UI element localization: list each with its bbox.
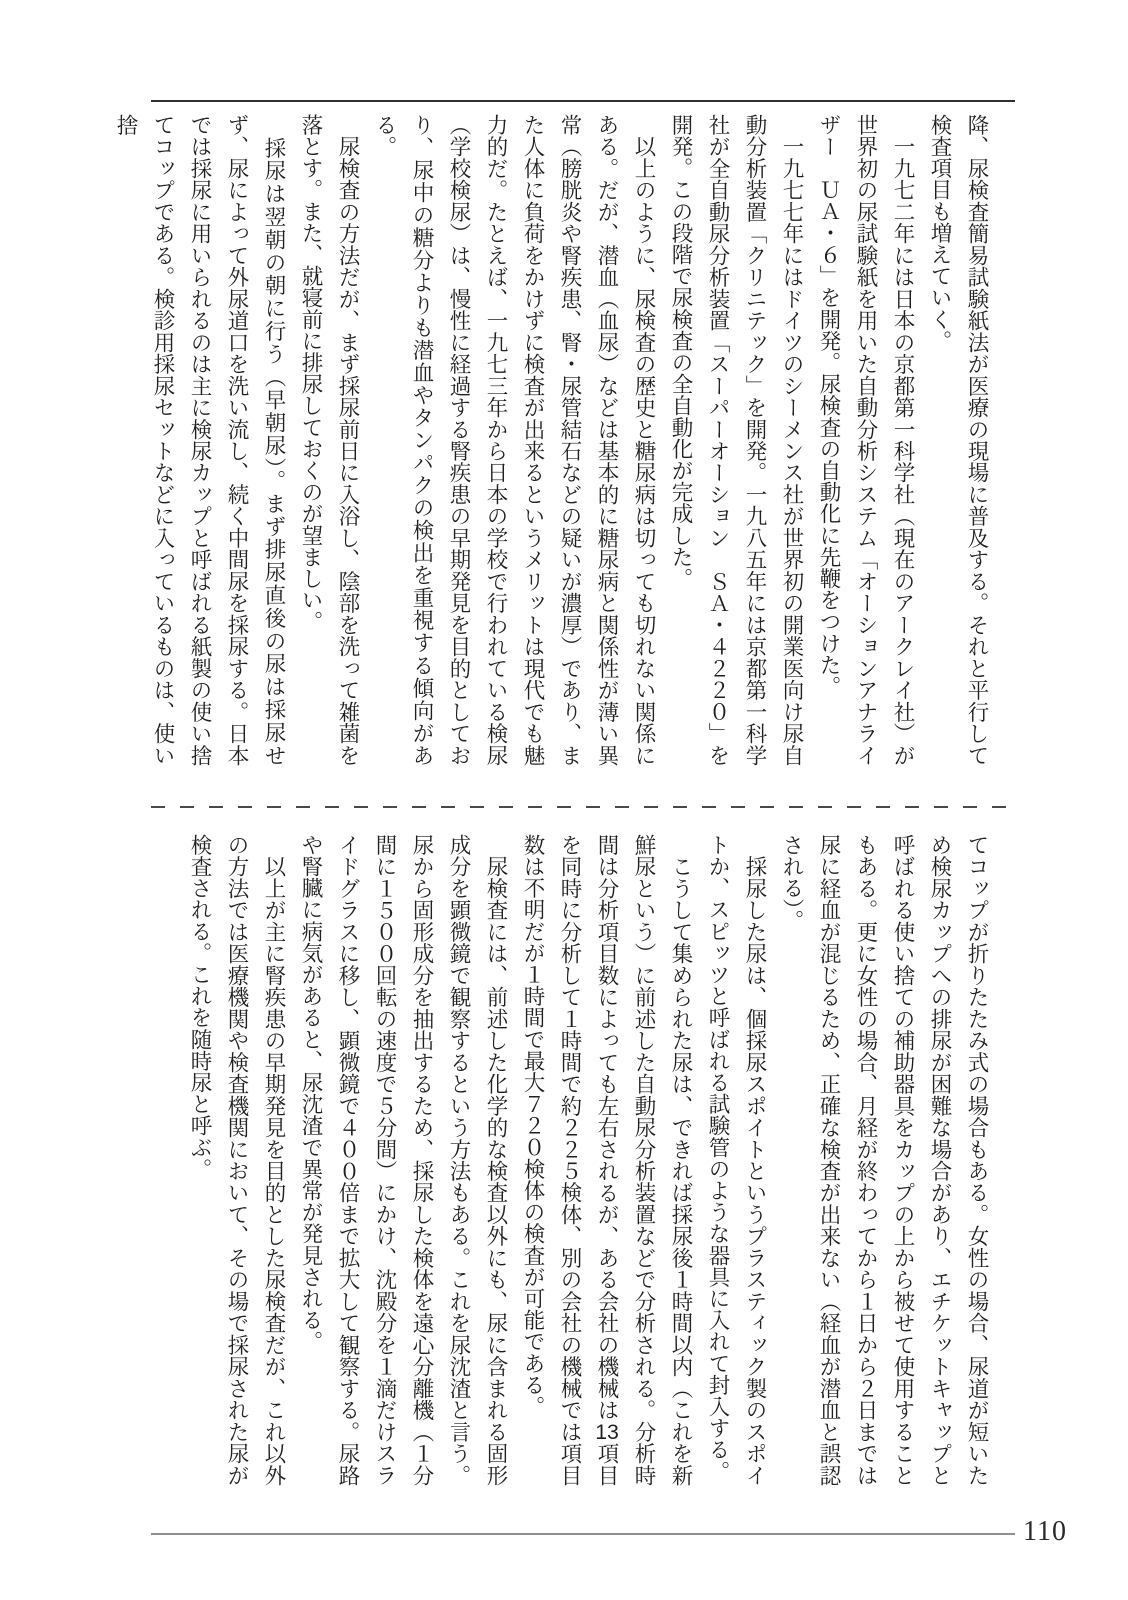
paragraph: 尿検査の方法だが、まず採尿前日に入浴し、陰部を洗って雑菌を落とす。また、就寝前に… bbox=[292, 114, 366, 766]
bottom-rule bbox=[151, 1533, 1015, 1535]
text-run: 採尿は翌朝の朝に行う（早朝尿）。まず排尿直後の尿は採尿せず、尿によって外尿道口を… bbox=[114, 114, 286, 766]
paragraph: てコップが折りたたみ式の場合もある。女性の場合、尿道が短いため検尿カップへの排尿… bbox=[773, 834, 995, 1486]
paragraph: 一九七七年にはドイツのシーメンス社が世界初の開業医向け尿自動分析装置「クリニテッ… bbox=[662, 114, 810, 766]
paragraph: 一九七二年には日本の京都第一科学社（現在のアークレイ社）が世界初の尿試験紙を用い… bbox=[810, 114, 921, 766]
paragraph: 採尿した尿は、個採尿スポイトというプラスティック製のスポイトか、スピッツと呼ばれ… bbox=[699, 834, 773, 1486]
paragraph: 採尿は翌朝の朝に行う（早朝尿）。まず排尿直後の尿は採尿せず、尿によって外尿道口を… bbox=[107, 114, 292, 766]
text-run: 以上のように、尿検査の歴史と糖尿病は切っても切れない関係にある。だが、潜血（血尿… bbox=[373, 114, 656, 766]
text-run: 採尿した尿は、個採尿スポイトというプラスティック製のスポイトか、スピッツと呼ばれ… bbox=[706, 834, 767, 1486]
text-run: 以上が主に腎疾患の早期発見を目的とした尿検査だが、これ以外の方法では医療機関や検… bbox=[188, 834, 286, 1486]
text-block-top: 降、尿検査簡易試験紙法が医療の現場に普及する。それと平行して検査項目も増えていく… bbox=[107, 114, 995, 766]
text-run: てコップが折りたたみ式の場合もある。女性の場合、尿道が短いため検尿カップへの排尿… bbox=[780, 834, 989, 1486]
book-page: 降、尿検査簡易試験紙法が医療の現場に普及する。それと平行して検査項目も増えていく… bbox=[0, 0, 1128, 1600]
paragraph: 以上のように、尿検査の歴史と糖尿病は切っても切れない関係にある。だが、潜血（血尿… bbox=[366, 114, 662, 766]
text-run: 一九七二年には日本の京都第一科学社（現在のアークレイ社）が世界初の尿試験紙を用い… bbox=[817, 114, 915, 766]
tate-chu-yoko-number: 13 bbox=[595, 1421, 619, 1443]
page-number: 110 bbox=[1023, 1516, 1067, 1548]
text-run: 降、尿検査簡易試験紙法が医療の現場に普及する。それと平行して検査項目も増えていく… bbox=[928, 114, 989, 766]
top-rule bbox=[151, 100, 1015, 102]
paragraph: 降、尿検査簡易試験紙法が医療の現場に普及する。それと平行して検査項目も増えていく… bbox=[921, 114, 995, 766]
text-run: 尿検査の方法だが、まず採尿前日に入浴し、陰部を洗って雑菌を落とす。また、就寝前に… bbox=[299, 114, 360, 766]
paragraph: 尿検査には、前述した化学的な検査以外にも、尿に含まれる固形成分を顕微鏡で観察する… bbox=[292, 834, 514, 1486]
text-run: 一九七七年にはドイツのシーメンス社が世界初の開業医向け尿自動分析装置「クリニテッ… bbox=[669, 114, 804, 766]
paragraph: こうして集められた尿は、できれば採尿後１時間以内（これを新鮮尿という）に前述した… bbox=[514, 834, 699, 1486]
text-block-bottom: てコップが折りたたみ式の場合もある。女性の場合、尿道が短いため検尿カップへの排尿… bbox=[181, 834, 995, 1486]
text-run: こうして集められた尿は、できれば採尿後１時間以内（これを新鮮尿という）に前述した… bbox=[595, 834, 693, 1486]
text-run: 尿検査には、前述した化学的な検査以外にも、尿に含まれる固形成分を顕微鏡で観察する… bbox=[299, 834, 508, 1486]
dashed-separator bbox=[151, 806, 1015, 808]
paragraph: 以上が主に腎疾患の早期発見を目的とした尿検査だが、これ以外の方法では医療機関や検… bbox=[181, 834, 292, 1486]
